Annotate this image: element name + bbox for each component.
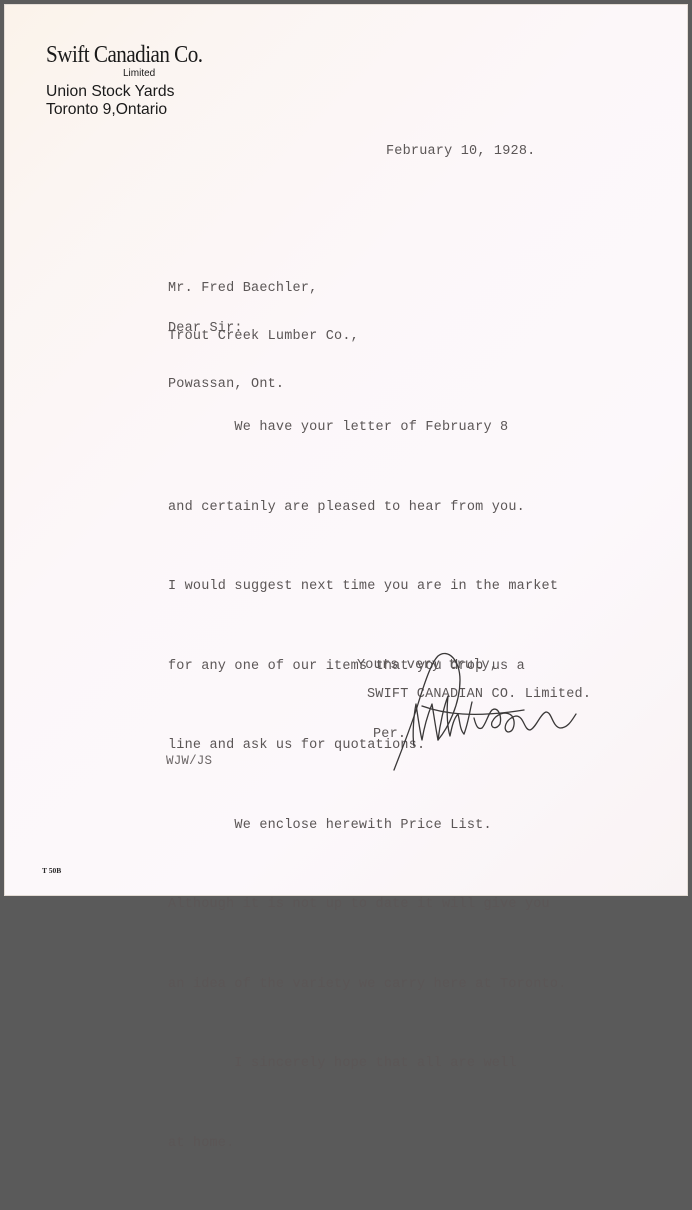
body-line: line and ask us for quotations.	[168, 733, 566, 760]
company-address-line2: Toronto 9,Ontario	[46, 101, 220, 119]
company-address-line1: Union Stock Yards	[46, 83, 220, 101]
signature-company: SWIFT CANADIAN CO. Limited.	[367, 687, 591, 702]
body-line: and certainly are pleased to hear from y…	[168, 495, 566, 522]
body-line: We have your letter of February 8	[168, 415, 566, 442]
letter-date: February 10, 1928.	[386, 144, 535, 159]
body-line: Although it is not up to date it will gi…	[168, 892, 566, 900]
form-code: T 50B	[42, 866, 61, 875]
body-line: We enclose herewith Price List.	[168, 813, 566, 840]
salutation: Dear Sir:	[168, 321, 243, 336]
letter-body: We have your letter of February 8 and ce…	[168, 362, 566, 900]
document-frame: Swift Canadian Co. Limited Union Stock Y…	[0, 0, 692, 900]
closing: Yours very truly,	[357, 658, 498, 673]
recipient-name: Mr. Fred Baechler,	[168, 281, 359, 297]
typist-initials: WJW/JS	[166, 754, 212, 768]
company-limited: Limited	[123, 68, 155, 79]
company-name: Swift Canadian Co.	[46, 42, 203, 68]
letterhead: Swift Canadian Co. Limited Union Stock Y…	[46, 42, 224, 119]
letter-page: Swift Canadian Co. Limited Union Stock Y…	[4, 4, 688, 896]
body-line: I would suggest next time you are in the…	[168, 574, 566, 601]
per-label: Per.	[373, 727, 406, 742]
